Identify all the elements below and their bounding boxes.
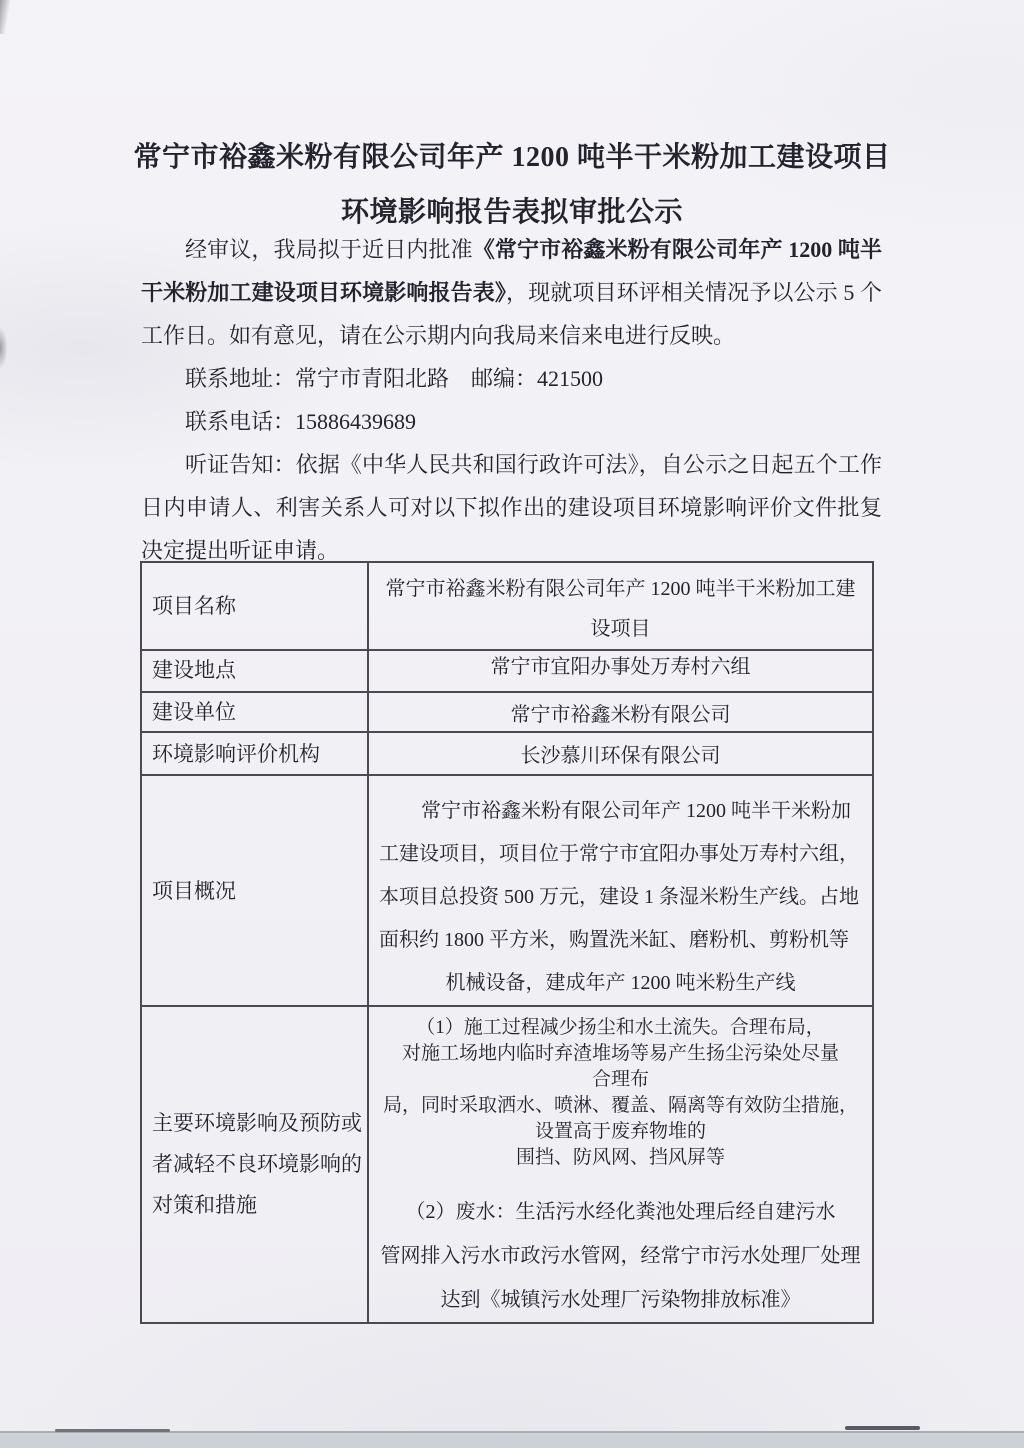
value-line: 常宁市裕鑫米粉有限公司 [369,698,872,727]
table-row-eia-agency: 环境影响评价机构 长沙慕川环保有限公司 [141,732,873,775]
intro-paragraph: 经审议，我局拟于近日内批准《常宁市裕鑫米粉有限公司年产 1200 吨半干米粉加工… [141,228,882,357]
row-label: 项目名称 [141,562,368,650]
table-row-environmental-measures: 主要环境影响及预防或 者减轻不良环境影响的 对策和措施 （1）施工过程减少扬尘和… [141,1006,873,1323]
table-row-builder: 建设单位 常宁市裕鑫米粉有限公司 [141,692,873,732]
row-label: 建设地点 [141,650,368,692]
scan-corner-shadow [0,0,10,34]
label-line: 者减轻不良环境影响的 [152,1144,367,1185]
scan-edge-shadow-left [55,1429,170,1432]
row-value: 长沙慕川环保有限公司 [368,732,873,775]
project-info-table: 项目名称 常宁市裕鑫米粉有限公司年产 1200 吨半干米粉加工建 设项目 建设地… [140,561,874,1324]
value-line: 常宁市裕鑫米粉有限公司年产 1200 吨半干米粉加 [379,790,862,833]
table-row-location: 建设地点 常宁市宜阳办事处万寿村六组 [141,650,873,692]
scan-edge-shadow-right [845,1426,920,1430]
row-value: 常宁市裕鑫米粉有限公司年产 1200 吨半干米粉加工建 设项目 [368,562,873,650]
value-line: 常宁市裕鑫米粉有限公司年产 1200 吨半干米粉加工建 [373,569,868,609]
value-line: 合理布 [371,1067,870,1093]
value-line: 设项目 [373,609,868,649]
value-line: 工建设项目，项目位于常宁市宜阳办事处万寿村六组， [379,833,862,876]
row-value: 常宁市裕鑫米粉有限公司 [368,692,873,732]
value-line: 长沙慕川环保有限公司 [369,739,872,768]
scan-edge-bottom [0,1431,1024,1448]
table-row-project-overview: 项目概况 常宁市裕鑫米粉有限公司年产 1200 吨半干米粉加 工建设项目，项目位… [141,775,873,1006]
row-value: 常宁市宜阳办事处万寿村六组 [368,650,873,692]
value-line: （2）废水：生活污水经化粪池处理后经自建污水 [371,1190,870,1234]
row-label: 主要环境影响及预防或 者减轻不良环境影响的 对策和措施 [141,1006,368,1323]
contact-phone-line: 联系电话：15886439689 [141,400,882,443]
value-line: 面积约 1800 平方米，购置洗米缸、磨粉机、剪粉机等 [379,919,862,962]
label-line: 主要环境影响及预防或 [152,1103,367,1144]
measures-section-wastewater: （2）废水：生活污水经化粪池处理后经自建污水 管网排入污水市政污水管网，经常宁市… [371,1190,870,1322]
document-title: 常宁市裕鑫米粉有限公司年产 1200 吨半干米粉加工建设项目 环境影响报告表拟审… [50,130,974,240]
body-text: 经审议，我局拟于近日内批准《常宁市裕鑫米粉有限公司年产 1200 吨半干米粉加工… [141,228,882,572]
intro-text-pre: 经审议，我局拟于近日内批准 [185,237,473,262]
scanned-document-page: 常宁市裕鑫米粉有限公司年产 1200 吨半干米粉加工建设项目 环境影响报告表拟审… [0,0,1024,1448]
label-line: 对策和措施 [152,1185,367,1226]
row-value: 常宁市裕鑫米粉有限公司年产 1200 吨半干米粉加 工建设项目，项目位于常宁市宜… [368,775,873,1006]
value-line: 设置高于废弃物堆的 [371,1119,870,1145]
table-row-project-name: 项目名称 常宁市裕鑫米粉有限公司年产 1200 吨半干米粉加工建 设项目 [141,562,873,650]
measures-section-construction: （1）施工过程减少扬尘和水土流失。合理布局， 对施工场地内临时弃渣堆场等易产生扬… [371,1015,870,1171]
row-label: 环境影响评价机构 [141,732,368,775]
value-line: 达到《城镇污水处理厂污染物排放标准》 [371,1278,870,1322]
value-line: 围挡、防风网、挡风屏等 [371,1145,870,1171]
title-line-1: 常宁市裕鑫米粉有限公司年产 1200 吨半干米粉加工建设项目 [50,130,974,185]
value-line: 本项目总投资 500 万元，建设 1 条湿米粉生产线。占地 [379,876,862,919]
row-label: 项目概况 [141,775,368,1006]
contact-address-line: 联系地址：常宁市青阳北路 邮编：421500 [141,357,882,400]
row-label: 建设单位 [141,692,368,732]
value-line: 对施工场地内临时弃渣堆场等易产生扬尘污染处尽量 [371,1041,870,1067]
value-line: （1）施工过程减少扬尘和水土流失。合理布局， [371,1015,870,1041]
value-line: 局，同时采取洒水、喷淋、覆盖、隔离等有效防尘措施， [371,1093,870,1119]
value-line: 管网排入污水市政污水管网，经常宁市污水处理厂处理 [371,1234,870,1278]
row-value: （1）施工过程减少扬尘和水土流失。合理布局， 对施工场地内临时弃渣堆场等易产生扬… [368,1006,873,1323]
hearing-notice-paragraph: 听证告知：依据《中华人民共和国行政许可法》，自公示之日起五个工作日内申请人、利害… [141,443,882,572]
value-line: 常宁市宜阳办事处万寿村六组 [369,652,872,682]
scan-crease-mark [0,318,14,378]
value-line: 机械设备，建成年产 1200 吨米粉生产线 [379,962,862,1005]
